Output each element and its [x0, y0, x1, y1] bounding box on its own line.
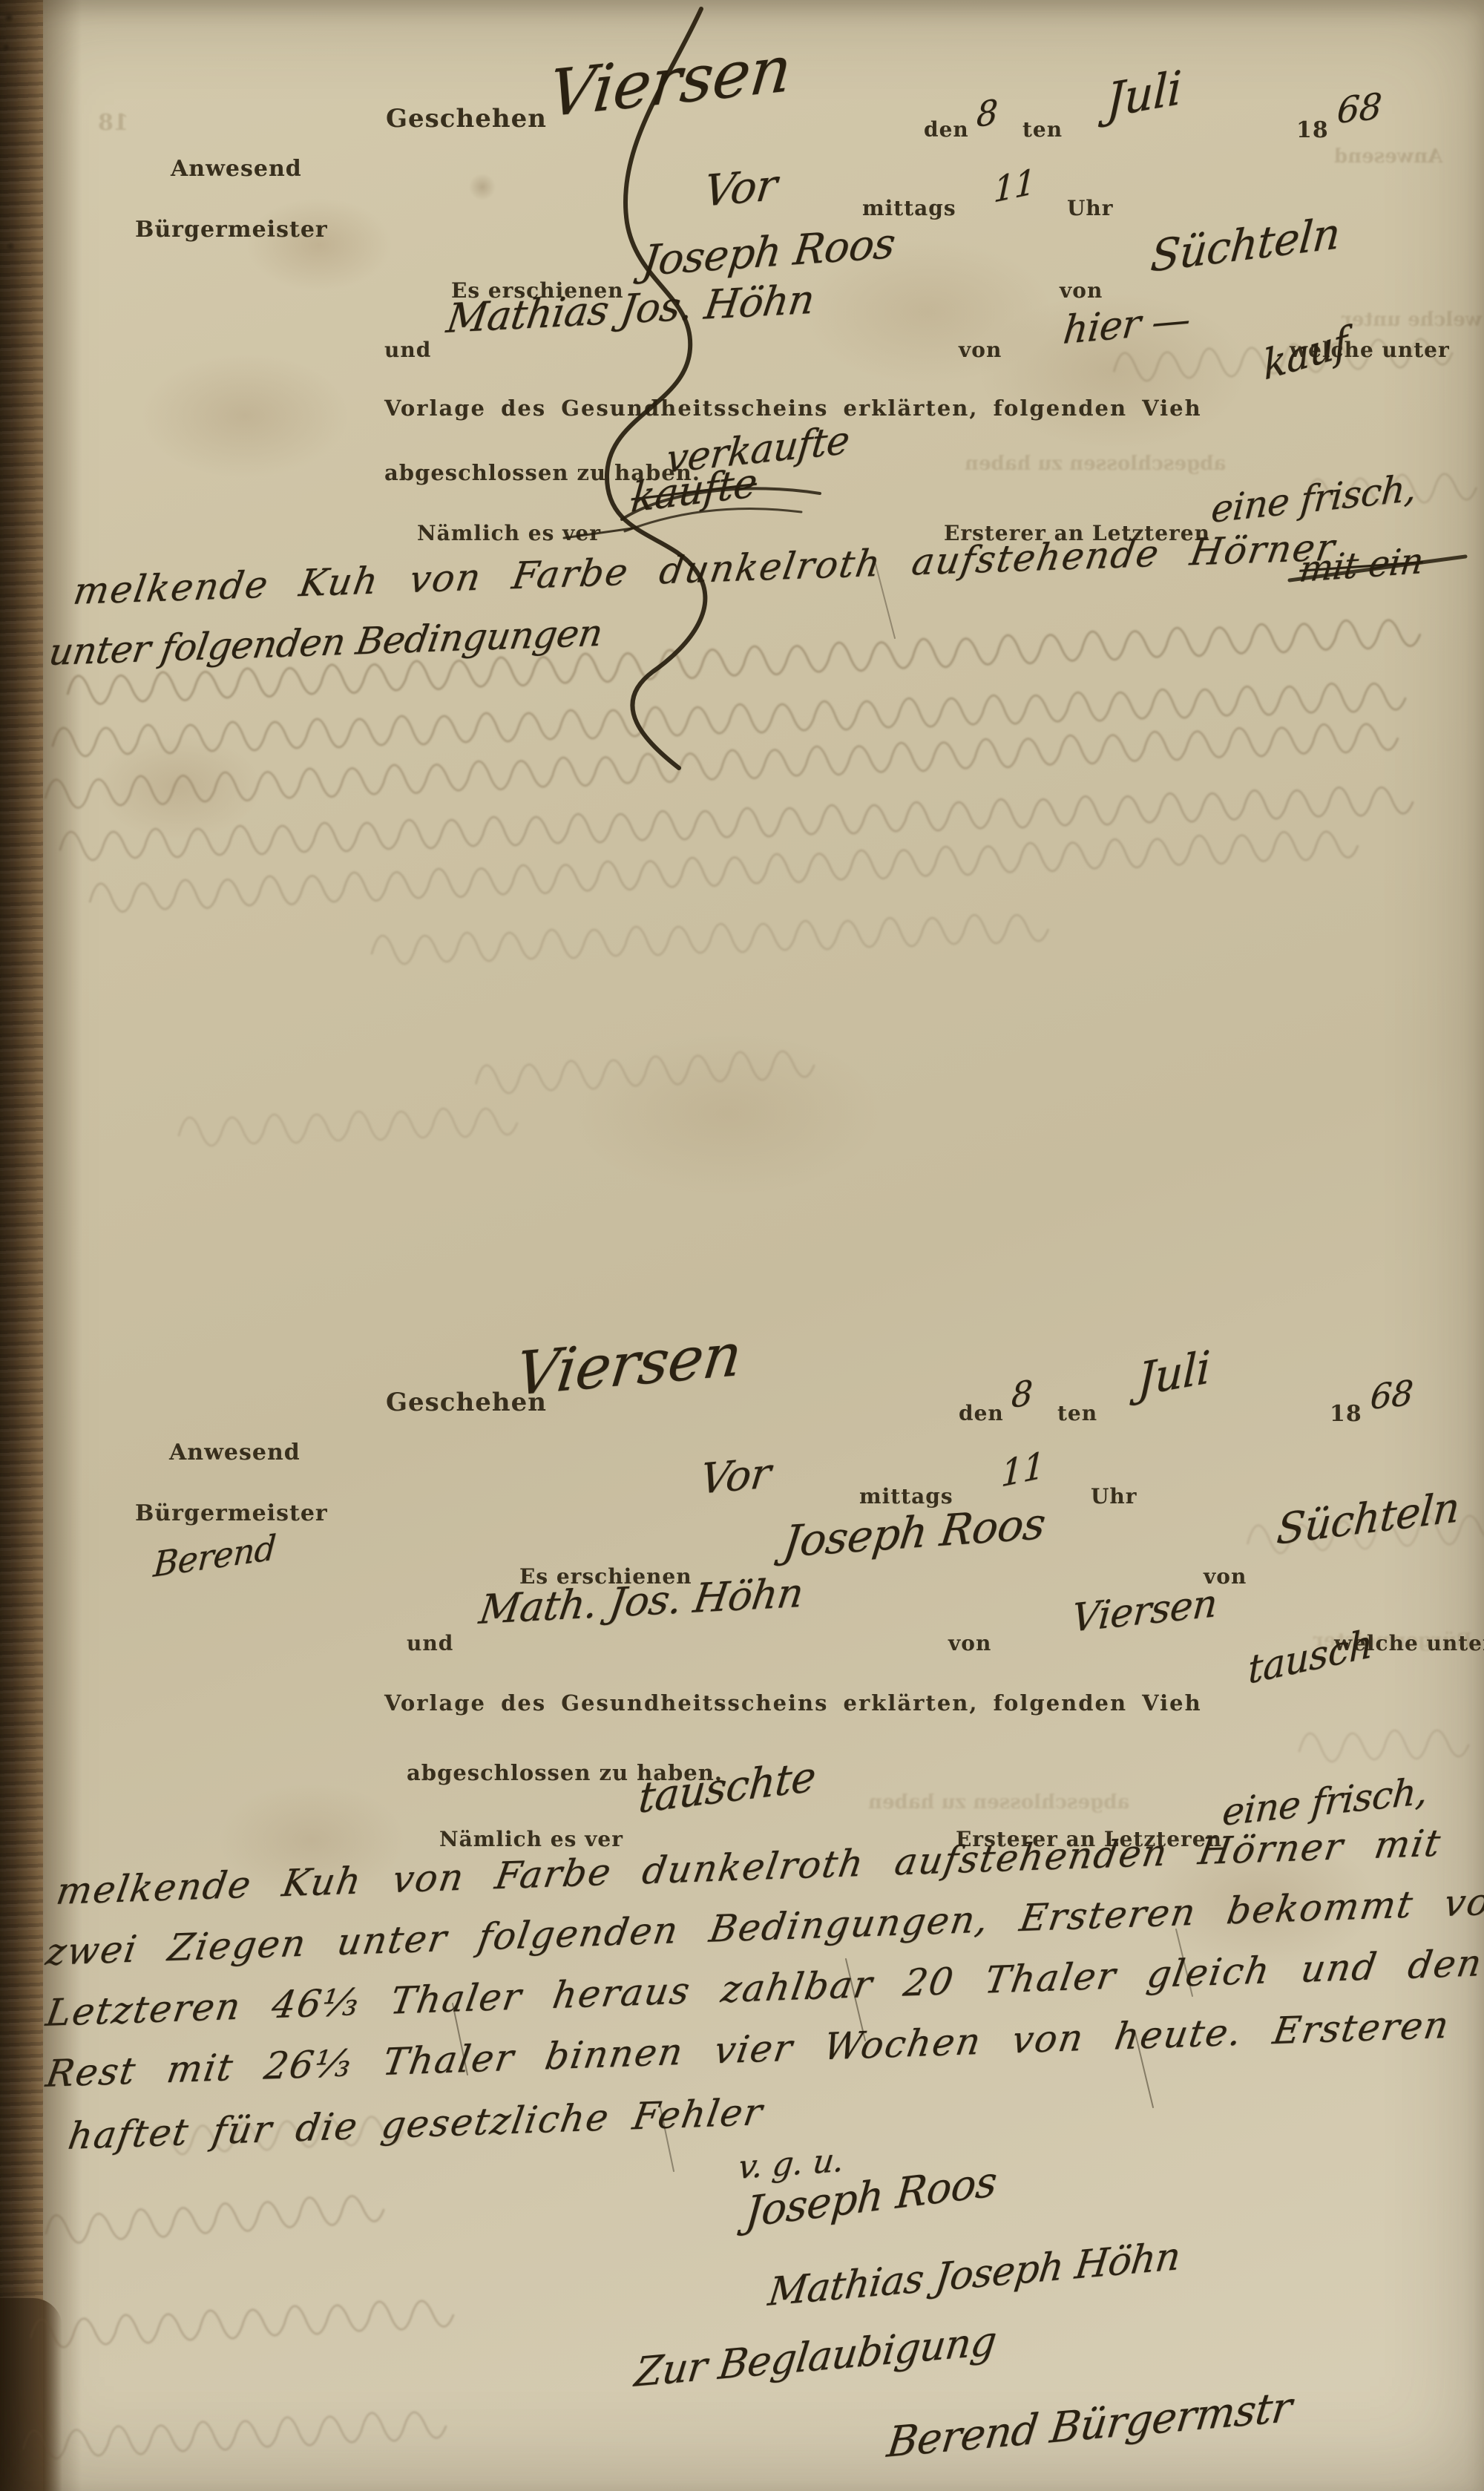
handwritten-line2: melkende Kuh von Farbe dunkelroth aufste… — [70, 525, 1339, 613]
handwritten-place: Viersen — [545, 31, 795, 132]
handwritten-vieh-suffix: kauf — [1262, 318, 1350, 390]
handwritten-day: 8 — [976, 91, 998, 135]
handwritten-party1-place-2: Süchteln — [1275, 1483, 1461, 1555]
bleedthrough-handwriting — [22, 2409, 446, 2461]
handwritten-vor-2: Vor — [697, 1449, 773, 1504]
handwritten-day-2: 8 — [1011, 1372, 1033, 1416]
handwritten-year: 68 — [1336, 85, 1383, 132]
bleedthrough-handwriting — [475, 1048, 814, 1095]
printed-ten-2: ten — [1057, 1401, 1097, 1425]
bleedthrough-handwriting — [59, 785, 1413, 861]
handwritten-place-2: Viersen — [512, 1319, 745, 1409]
printed-uhr: Uhr — [1067, 196, 1114, 220]
handwritten-party2-place: hier — — [1061, 297, 1192, 353]
printed-naemlich-2: Nämlich es ver — [439, 1827, 623, 1851]
handwritten-month-2: Juli — [1137, 1341, 1211, 1407]
bleedthrough-welche-unter-label: welche unter — [1342, 309, 1482, 331]
printed-year-prefix-2: 18 — [1330, 1401, 1362, 1427]
document-page: 18 Anwesend welche unter abgeschlossen z… — [0, 0, 1484, 2491]
handwritten-body-line-5: haftet für die gesetzliche Fehler — [65, 2090, 766, 2158]
handwritten-hour-2: 11 — [1000, 1444, 1045, 1496]
printed-naemlich: Nämlich es ver — [417, 521, 601, 545]
printed-anwesend: Anwesend — [171, 156, 302, 182]
printed-buergermeister-2: Bürgermeister — [135, 1500, 328, 1526]
handwritten-line2-struck: mit ein — [1297, 540, 1425, 591]
printed-und: und — [384, 338, 431, 362]
book-binding-texture — [0, 0, 43, 2491]
printed-year-prefix: 18 — [1296, 117, 1329, 143]
handwritten-signature-3: Berend Bürgermstr — [884, 2383, 1294, 2467]
printed-buergermeister: Bürgermeister — [135, 217, 328, 243]
bleedthrough-handwriting — [30, 2298, 453, 2349]
printed-uhr-2: Uhr — [1091, 1484, 1137, 1509]
bleedthrough-handwriting — [1298, 1728, 1468, 1763]
bleedthrough-handwriting — [371, 913, 1048, 965]
printed-den: den — [924, 117, 969, 142]
printed-ten: ten — [1022, 117, 1063, 142]
bleedthrough-handwriting — [89, 829, 1358, 913]
handwritten-hour: 11 — [993, 160, 1036, 211]
printed-anwesend-2: Anwesend — [169, 1440, 301, 1466]
printed-mittags: mittags — [862, 196, 956, 220]
printed-vorlage-line-2: Vorlage des Gesundheitsscheins erklärten… — [384, 1690, 1202, 1716]
printed-vorlage-line: Vorlage des Gesundheitsscheins erklärten… — [384, 396, 1202, 421]
printed-von-1: von — [1060, 278, 1103, 303]
printed-geschehen: Geschehen — [386, 104, 547, 134]
handwritten-vieh-suffix-2: tausch — [1248, 1621, 1373, 1693]
handwritten-month: Juli — [1106, 60, 1183, 128]
handwritten-signature-2: Mathias Joseph Höhn — [766, 2234, 1183, 2315]
handwritten-party1-2: Joseph Roos — [781, 1498, 1048, 1567]
printed-den-2: den — [959, 1401, 1004, 1425]
handwritten-line3: unter folgenden Bedingungen — [46, 611, 605, 674]
handwritten-beglaubigung: Zur Beglaubigung — [632, 2317, 999, 2396]
bleedthrough-handwriting — [45, 2193, 384, 2245]
handwritten-year-2: 68 — [1369, 1372, 1414, 1417]
bleedthrough-handwriting — [178, 1106, 517, 1147]
bleedthrough-abgeschlossen-label-2: abgeschlossen zu haben — [868, 1791, 1129, 1814]
handwritten-vor: Vor — [701, 159, 780, 217]
handwritten-party2-place-2: Viersen — [1070, 1581, 1219, 1641]
bleedthrough-abgeschlossen-label: abgeschlossen zu haben — [965, 453, 1226, 475]
bleedthrough-anwesend-label: Anwesend — [1334, 145, 1442, 168]
printed-von-2: von — [959, 338, 1002, 362]
handwritten-mayor-name: Berend — [152, 1527, 278, 1585]
handwritten-line1: eine frisch, — [1209, 466, 1418, 531]
bleedthrough-handwriting — [45, 721, 1398, 810]
bleedthrough-handwriting — [52, 681, 1405, 758]
bleedthrough-year-label: 18 — [98, 110, 129, 136]
printed-und-2: und — [407, 1631, 453, 1655]
printed-von-4: von — [948, 1631, 991, 1655]
handwritten-party1: Joseph Roos — [640, 220, 898, 286]
handwritten-party1-place: Süchteln — [1149, 207, 1342, 282]
